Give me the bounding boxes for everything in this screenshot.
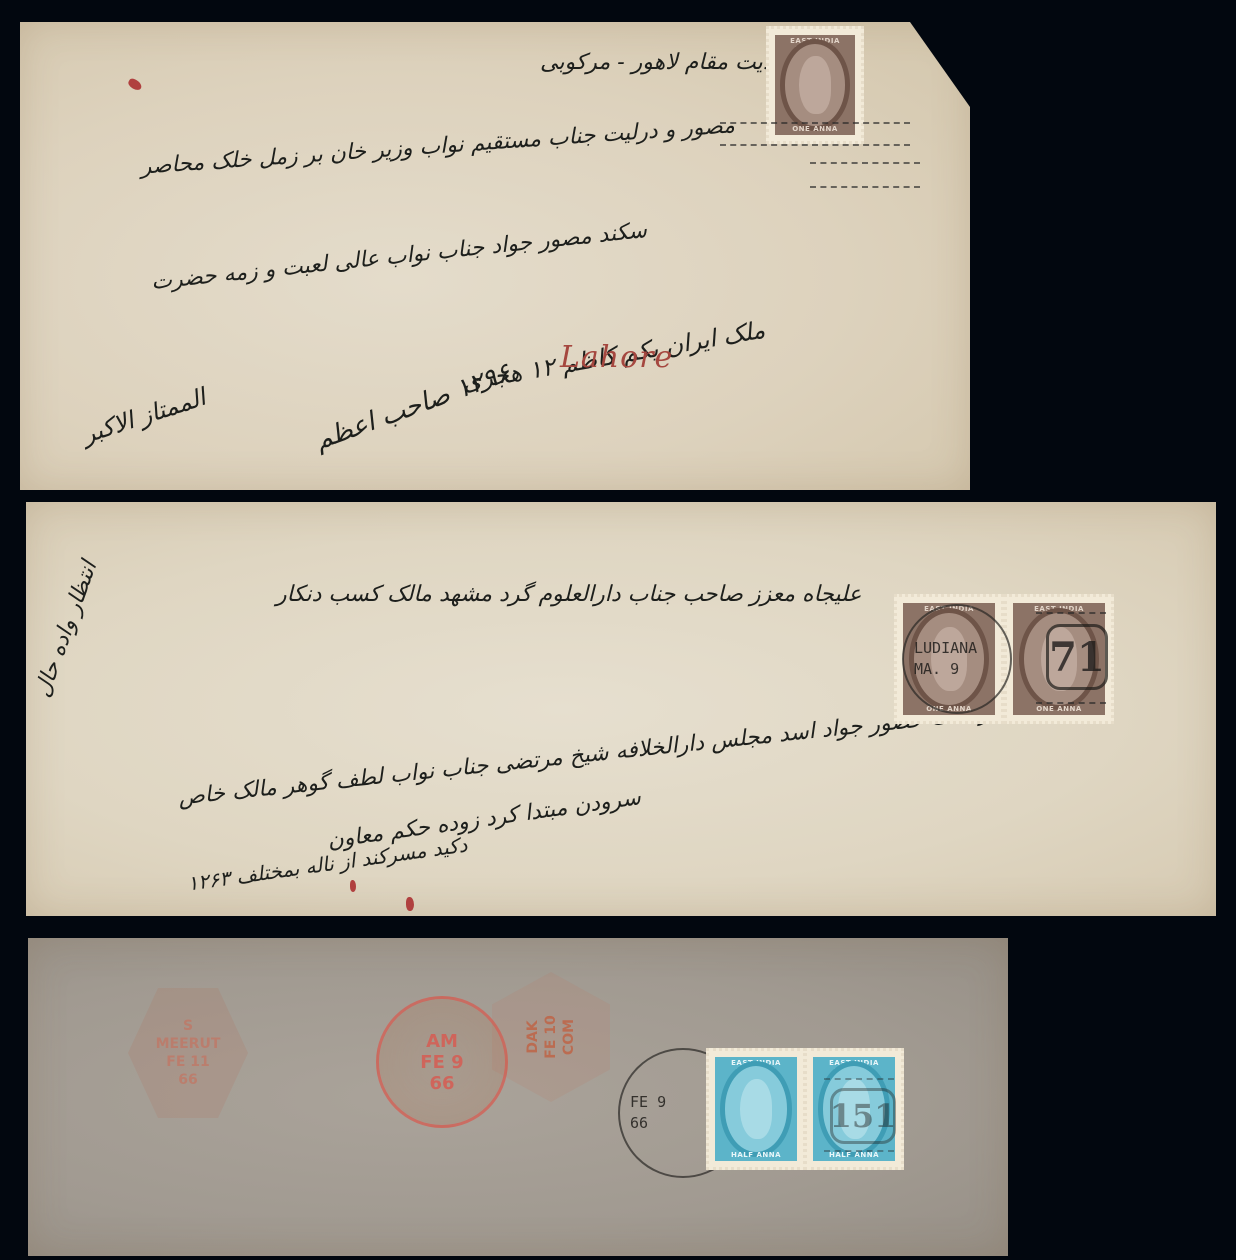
margin-note: انتظار واده حال	[30, 558, 102, 701]
meerut-hex-postmark: S MEERUT FE 11 66	[128, 988, 248, 1118]
numeral-cancel: 151	[830, 1088, 896, 1144]
red-annotation: Lahore	[560, 340, 673, 375]
red-ink-spot	[127, 77, 144, 92]
address-line: ۱۲۹۶ صاحب اعظم	[311, 358, 514, 456]
address-line: سرودن مبتدا کرد زوده حکم معاون	[326, 785, 642, 854]
address-line: مصور و درلیت جناب مستقیم نواب وزیر خان ب…	[140, 113, 736, 179]
red-ink-spot	[350, 880, 356, 892]
numeral-cancel: 71	[1046, 624, 1108, 690]
bar-cancel	[810, 162, 920, 188]
postal-cover-1: لفافه ولایت مقام لاهور - مرکوبی مصور و د…	[20, 22, 970, 490]
red-circular-postmark: AM FE 9 66	[376, 996, 508, 1128]
stamp-half-anna-blue: EAST INDIA POSTAGE HALF ANNA	[706, 1048, 806, 1170]
red-ink-spot	[406, 897, 414, 911]
queen-victoria-portrait	[799, 56, 831, 113]
bar-cancel	[720, 122, 910, 146]
queen-victoria-portrait	[740, 1079, 772, 1139]
dak-hex-postmark: DAK FE 10 COM	[492, 972, 610, 1102]
postal-cover-3: S MEERUT FE 11 66 AM FE 9 66 DAK FE 10 C…	[28, 938, 1008, 1256]
address-line: الممتاز الاکبر	[79, 383, 209, 449]
postal-cover-2: علیجاه معزز صاحب جناب دارالعلوم گرد مشهد…	[26, 502, 1216, 916]
address-line: علیجاه معزز صاحب جناب دارالعلوم گرد مشهد…	[276, 582, 862, 607]
address-line: سکند مصور جواد جناب نواب عالی لعبت و زمه…	[150, 218, 648, 295]
ludhiana-postmark: LUDIANA MA. 9	[902, 604, 1012, 714]
